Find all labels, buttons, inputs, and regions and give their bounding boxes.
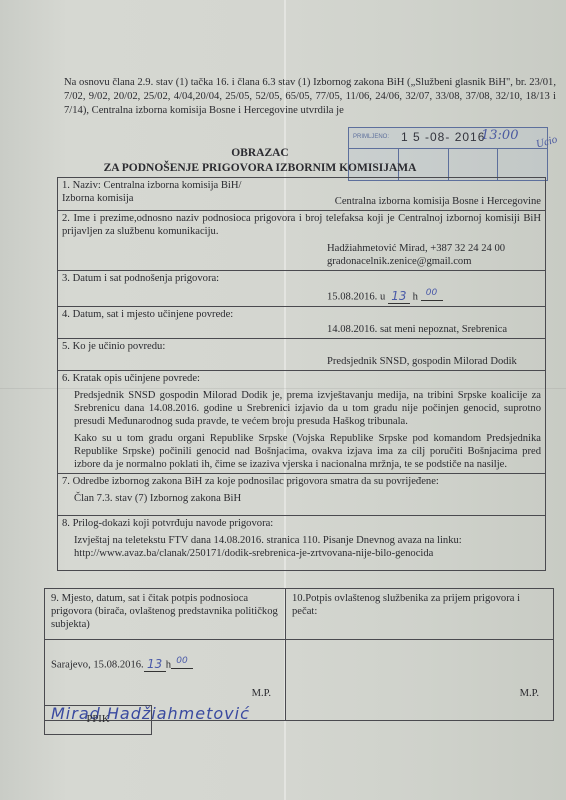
field-7-label: 7. Odredbe izbornog zakona BiH za koje p… (62, 475, 541, 488)
field-1-label-line2: Izborna komisija (62, 192, 134, 208)
form-title-line1: OBRAZAC (80, 146, 440, 161)
complaint-form-table: 1. Naziv: Centralna izborna komisija BiH… (57, 177, 546, 571)
field-7-value: Član 7.3. stav (7) Izbornog zakona BiH (62, 492, 541, 505)
stamp-label: PRIMLJENO: (353, 134, 389, 140)
field-9-label: 9. Mjesto, datum, sat i čitak potpis pod… (45, 589, 286, 640)
field-9-hour-handwritten: 13 (144, 658, 166, 672)
form-title-line2: ZA PODNOŠENJE PRIGOVORA IZBORNIM KOMISIJ… (80, 161, 440, 176)
stamp-cell (498, 148, 547, 180)
field-6-label: 6. Kratak opis učinjene povrede: (62, 372, 541, 385)
form-title: OBRAZAC ZA PODNOŠENJE PRIGOVORA IZBORNIM… (80, 146, 440, 176)
field-5-value: Predsjednik SNSD, gospodin Milorad Dodik (62, 355, 541, 368)
field-3-h: h (413, 292, 418, 303)
legal-basis-paragraph: Na osnovu člana 2.9. stav (1) tačka 16. … (64, 76, 556, 118)
stamp-handwritten-time: 13:00 (481, 128, 518, 143)
field-3-label: 3. Datum i sat podnošenja prigovora: (62, 272, 541, 285)
field-4-violation-datetime-place: 4. Datum, sat i mjesto učinjene povrede:… (58, 307, 545, 339)
ppik-box: PPIK (44, 705, 152, 735)
stamp-date: 1 5 -08- 2016 (401, 130, 485, 144)
signature-table: 9. Mjesto, datum, sat i čitak potpis pod… (44, 588, 554, 721)
field-10-mp: M.P. (520, 687, 539, 700)
field-9-minutes-handwritten: 00 (171, 655, 193, 669)
field-2-value-email: gradonacelnik.zenice@gmail.com (62, 255, 541, 268)
field-5-violator: 5. Ko je učinio povredu: Predsjednik SNS… (58, 339, 545, 371)
field-10-signature-cell: M.P. (286, 640, 553, 720)
field-2-submitter: 2. Ime i prezime,odnosno naziv podnosioc… (58, 211, 545, 271)
field-3-date: 15.08.2016. u (327, 292, 385, 303)
field-9-place-date: Sarajevo, 15.08.2016. (51, 660, 144, 671)
field-9-mp: M.P. (252, 687, 271, 700)
field-4-label: 4. Datum, sat i mjesto učinjene povrede: (62, 308, 541, 321)
field-1-value: Centralna izborna komisija Bosne i Herce… (335, 195, 541, 208)
field-1-label-line1: 1. Naziv: Centralna izborna komisija BiH… (62, 179, 541, 192)
field-4-value: 14.08.2016. sat meni nepoznat, Srebrenic… (62, 323, 541, 336)
field-3-minutes-handwritten: 00 (421, 287, 443, 301)
field-8-label: 8. Prilog-dokazi koji potvrđuju navode p… (62, 517, 541, 530)
field-2-value-name-phone: Hadžiahmetović Mirad, +387 32 24 24 00 (62, 242, 541, 255)
field-1-naziv: 1. Naziv: Centralna izborna komisija BiH… (58, 178, 545, 211)
field-8-value-text: Izvještaj na teletekstu FTV dana 14.08.2… (62, 534, 541, 547)
field-5-label: 5. Ko je učinio povredu: (62, 340, 541, 353)
field-3-submission-datetime: 3. Datum i sat podnošenja prigovora: 15.… (58, 271, 545, 307)
field-8-value-link: http://www.avaz.ba/clanak/250171/dodik-s… (62, 547, 541, 560)
field-8-evidence: 8. Prilog-dokazi koji potvrđuju navode p… (58, 516, 545, 570)
field-6-paragraph-1: Predsjednik SNSD gospodin Milorad Dodik … (62, 389, 541, 428)
field-6-description: 6. Kratak opis učinjene povrede: Predsje… (58, 371, 545, 474)
stamp-cell (449, 148, 499, 180)
field-10-label: 10.Potpis ovlaštenog službenika za prije… (286, 589, 553, 640)
field-3-hour-handwritten: 13 (388, 290, 410, 304)
field-2-label: 2. Ime i prezime,odnosno naziv podnosioc… (62, 212, 541, 238)
field-7-violated-provisions: 7. Odredbe izbornog zakona BiH za koje p… (58, 474, 545, 516)
field-6-paragraph-2: Kako su u tom gradu organi Republike Srp… (62, 432, 541, 471)
